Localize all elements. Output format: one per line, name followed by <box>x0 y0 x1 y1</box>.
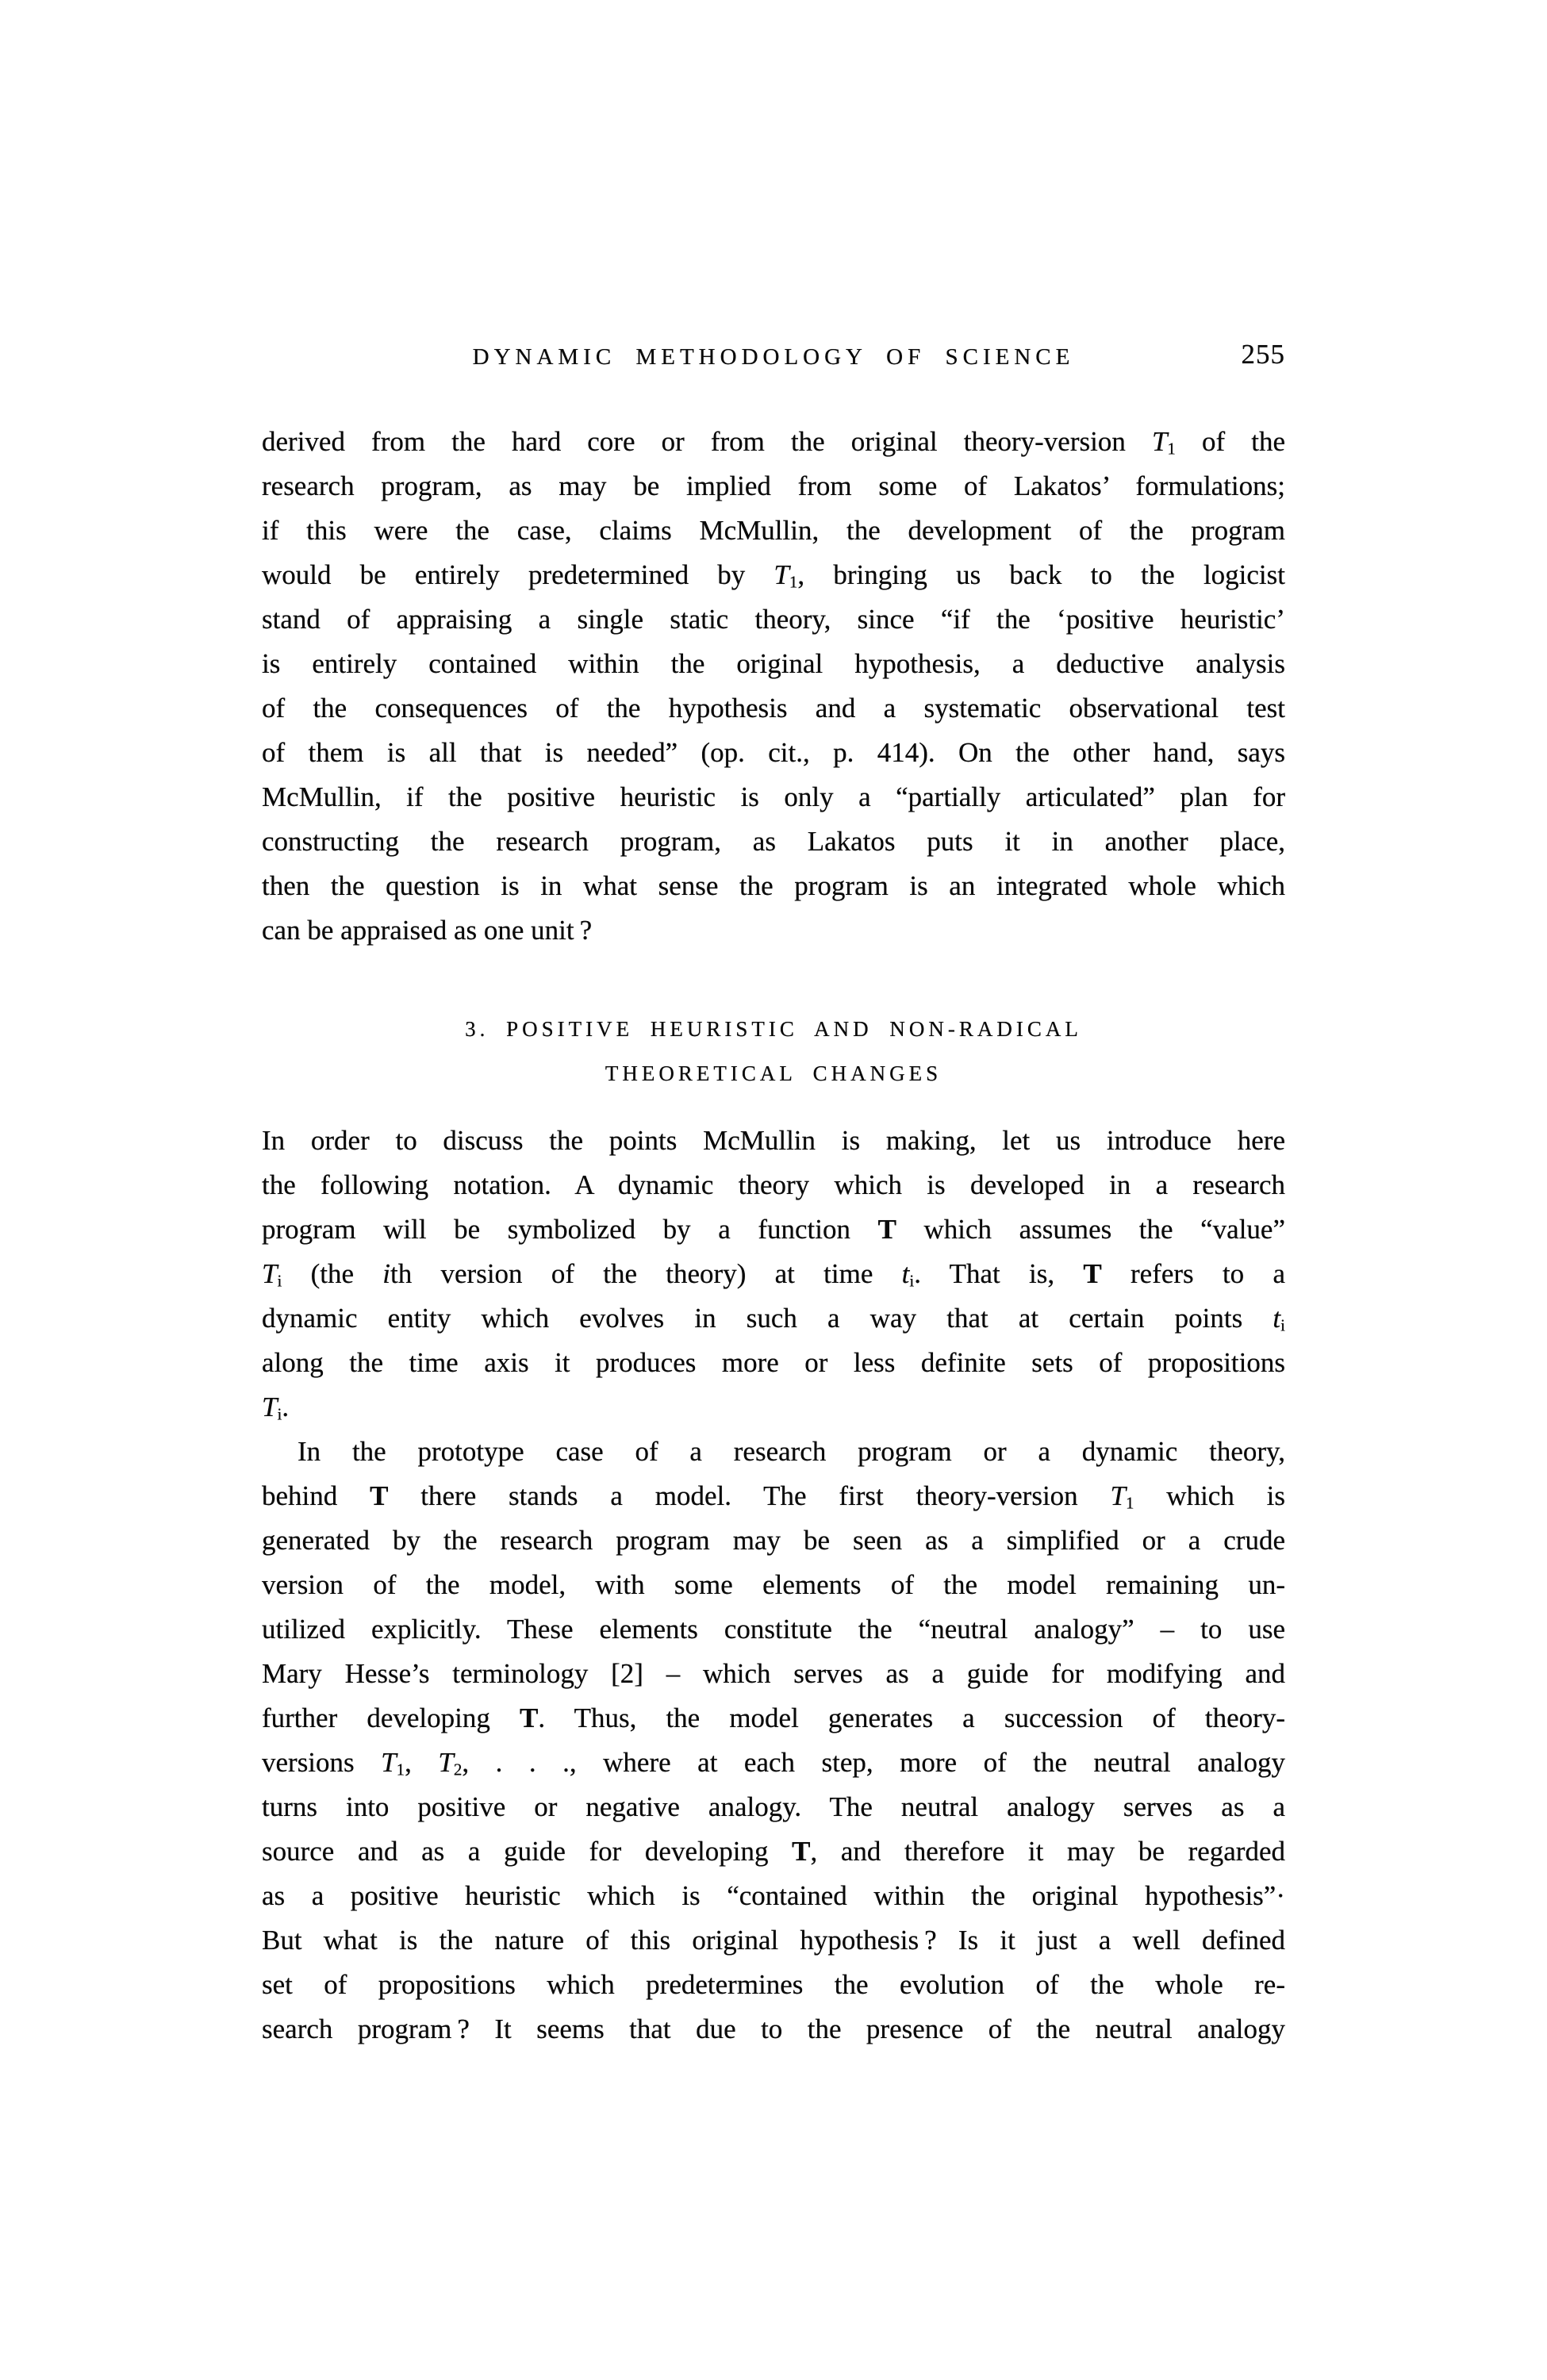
text-line: if this were the case, claims McMullin, … <box>262 509 1285 553</box>
text-line: Ti (the ith version of the theory) at ti… <box>262 1252 1285 1296</box>
section-heading: 3. POSITIVE HEURISTIC AND NON-RADICAL TH… <box>262 1007 1285 1096</box>
text-line: dynamic entity which evolves in such a w… <box>262 1296 1285 1341</box>
running-header-title: DYNAMIC METHODOLOGY OF SCIENCE <box>262 341 1285 373</box>
text-line: source and as a guide for developing T, … <box>262 1829 1285 1874</box>
text-line: can be appraised as one unit ? <box>262 908 1285 953</box>
text-line: is entirely contained within the origina… <box>262 642 1285 686</box>
text-line: But what is the nature of this original … <box>262 1918 1285 1963</box>
text-line: In the prototype case of a research prog… <box>262 1430 1285 1474</box>
page-number: 255 <box>1242 336 1286 373</box>
text-line: further developing T. Thus, the model ge… <box>262 1696 1285 1741</box>
text-line: research program, as may be implied from… <box>262 464 1285 509</box>
running-header: DYNAMIC METHODOLOGY OF SCIENCE 255 <box>262 341 1285 378</box>
text-line: the following notation. A dynamic theory… <box>262 1163 1285 1207</box>
text-line: Mary Hesse’s terminology [2] – which ser… <box>262 1652 1285 1696</box>
text-line: generated by the research program may be… <box>262 1518 1285 1563</box>
section-heading-line2: THEORETICAL CHANGES <box>262 1051 1285 1096</box>
paragraph: derived from the hard core or from the o… <box>262 420 1285 953</box>
text-line: behind T there stands a model. The first… <box>262 1474 1285 1518</box>
text-line: would be entirely predetermined by T1, b… <box>262 553 1285 597</box>
paragraph: In the prototype case of a research prog… <box>262 1430 1285 2052</box>
text-line: In order to discuss the points McMullin … <box>262 1119 1285 1163</box>
text-line: utilized explicitly. These elements cons… <box>262 1607 1285 1652</box>
text-line: program will be symbolized by a function… <box>262 1207 1285 1252</box>
text-line: derived from the hard core or from the o… <box>262 420 1285 464</box>
text-line: turns into positive or negative analogy.… <box>262 1785 1285 1829</box>
paragraph: In order to discuss the points McMullin … <box>262 1119 1285 1430</box>
scanned-paper-page: DYNAMIC METHODOLOGY OF SCIENCE 255 deriv… <box>0 0 1547 2380</box>
text-line: constructing the research program, as La… <box>262 820 1285 864</box>
text-line: of the consequences of the hypothesis an… <box>262 686 1285 731</box>
text-line: McMullin, if the positive heuristic is o… <box>262 775 1285 820</box>
text-line: versions T1, T2, . . ., where at each st… <box>262 1741 1285 1785</box>
section-heading-line1: 3. POSITIVE HEURISTIC AND NON-RADICAL <box>262 1007 1285 1051</box>
text-line: search program ? It seems that due to th… <box>262 2007 1285 2052</box>
text-line: stand of appraising a single static theo… <box>262 597 1285 642</box>
text-line: along the time axis it produces more or … <box>262 1341 1285 1385</box>
text-line: version of the model, with some elements… <box>262 1563 1285 1607</box>
text-line: as a positive heuristic which is “contai… <box>262 1874 1285 1918</box>
text-line: set of propositions which predetermines … <box>262 1963 1285 2007</box>
text-line: of them is all that is needed” (op. cit.… <box>262 731 1285 775</box>
text-line: Ti. <box>262 1385 1285 1430</box>
text-line: then the question is in what sense the p… <box>262 864 1285 908</box>
